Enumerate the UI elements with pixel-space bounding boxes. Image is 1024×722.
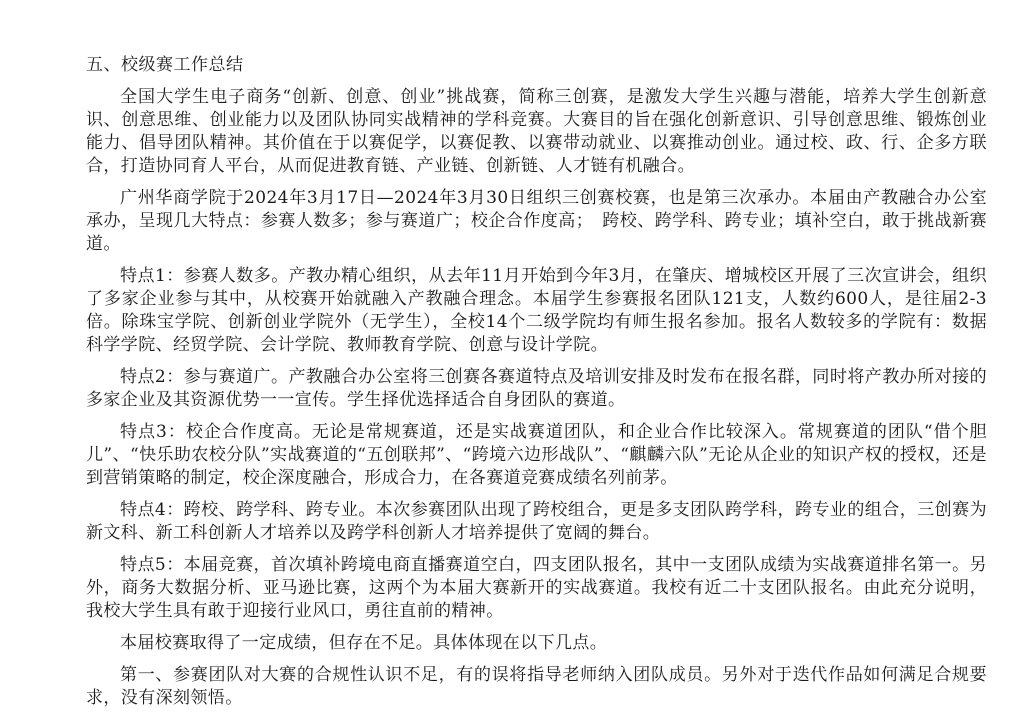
paragraph-feature-4: 特点4：跨校、跨学科、跨专业。本次参赛团队出现了跨校组合，更是多支团队跨学科，跨… [86, 499, 987, 545]
paragraph-school-overview: 广州华商学院于2024年3月17日—2024年3月30日组织三创赛校赛，也是第三… [86, 187, 987, 256]
section-heading: 五、校级赛工作总结 [86, 54, 987, 77]
paragraph-shortcomings-intro: 本届校赛取得了一定成绩，但存在不足。具体体现在以下几点。 [86, 632, 987, 655]
paragraph-shortcoming-1: 第一、参赛团队对大赛的合规性认识不足，有的误将指导老师纳入团队成员。另外对于迭代… [86, 664, 987, 710]
paragraph-feature-2: 特点2：参与赛道广。产教融合办公室将三创赛各赛道特点及培训安排及时发布在报名群，… [86, 366, 987, 412]
paragraph-feature-3: 特点3：校企合作度高。无论是常规赛道，还是实战赛道团队，和企业合作比较深入。常规… [86, 421, 987, 490]
document-page: 五、校级赛工作总结 全国大学生电子商务“创新、创意、创业”挑战赛，简称三创赛，是… [86, 54, 987, 719]
paragraph-feature-5: 特点5：本届竞赛，首次填补跨境电商直播赛道空白，四支团队报名，其中一支团队成绩为… [86, 554, 987, 623]
paragraph-intro: 全国大学生电子商务“创新、创意、创业”挑战赛，简称三创赛，是激发大学生兴趣与潜能… [86, 86, 987, 178]
paragraph-feature-1: 特点1：参赛人数多。产教办精心组织，从去年11月开始到今年3月，在肇庆、增城校区… [86, 265, 987, 357]
